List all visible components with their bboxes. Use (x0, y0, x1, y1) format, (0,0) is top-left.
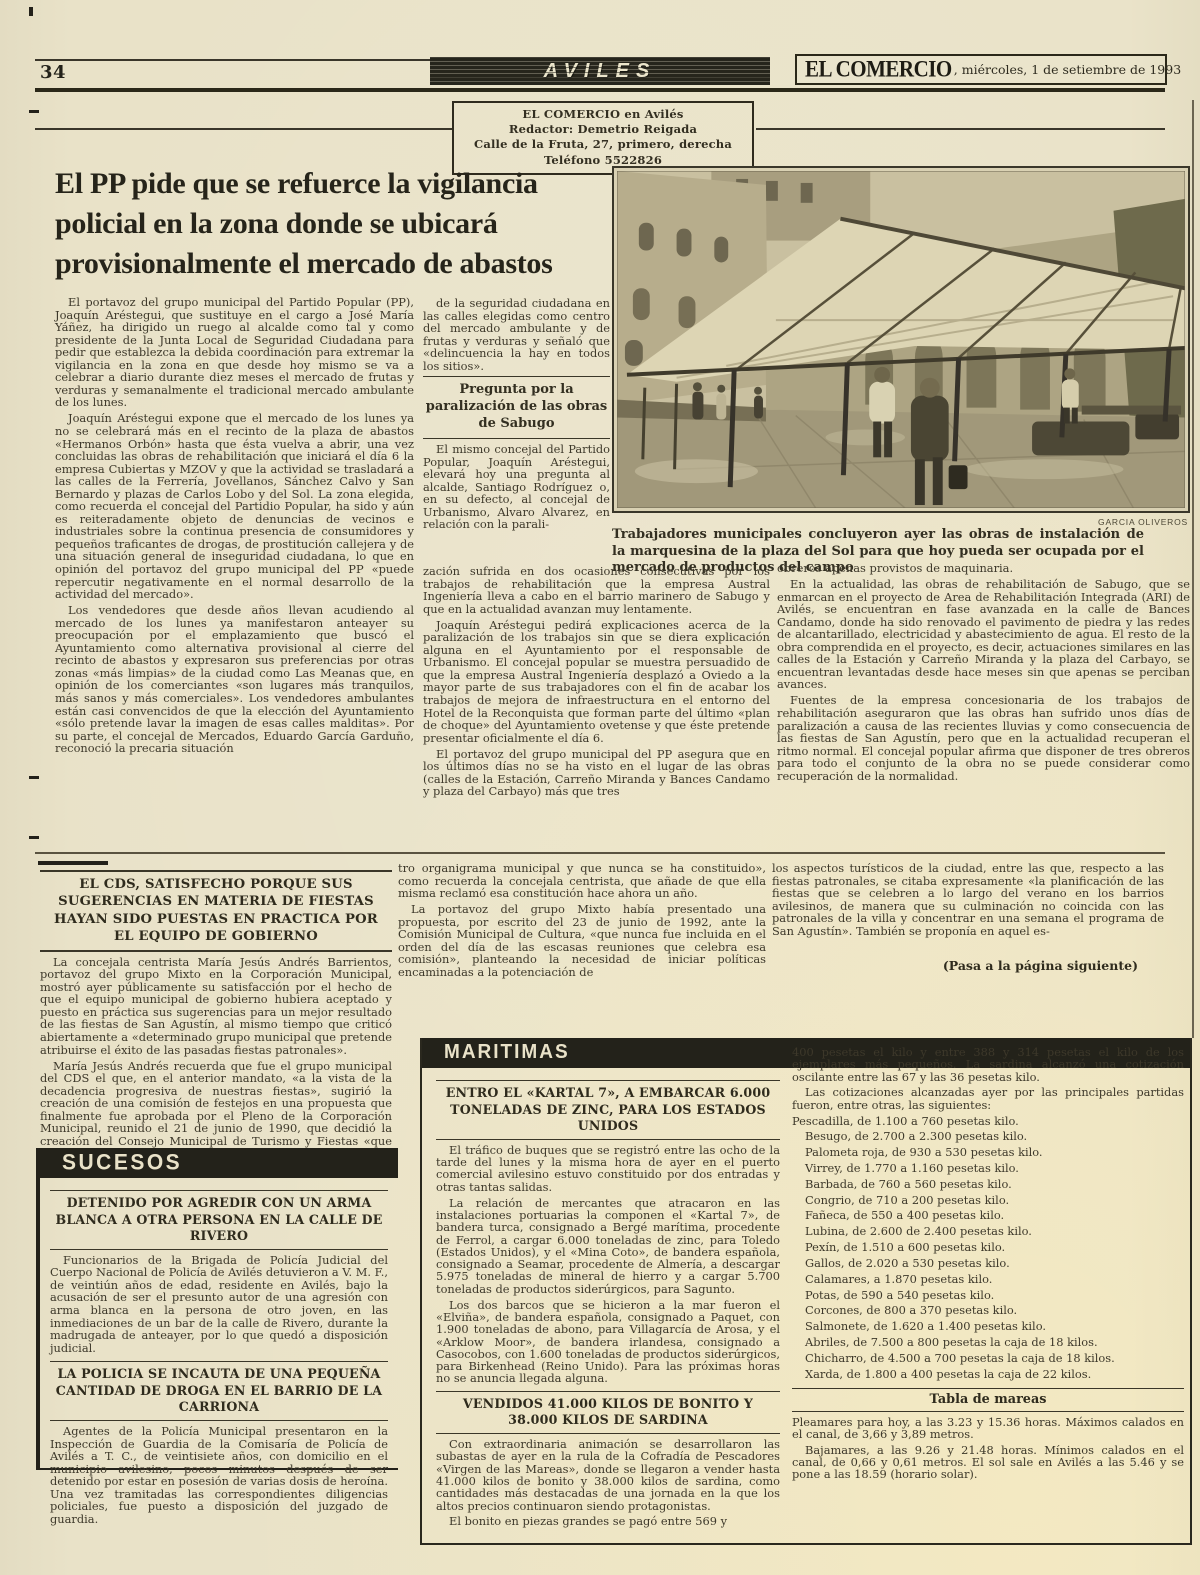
price-line: Chicharro, de 4.500 a 700 pesetas la caj… (792, 1352, 1184, 1364)
maritimas-headline-1: ENTRO EL «KARTAL 7», A EMBARCAR 6.000 TO… (438, 1085, 778, 1135)
headline-rule (50, 1249, 388, 1250)
headline-rule (50, 1420, 388, 1421)
paragraph: Bajamares, a las 9.26 y 21.48 horas. Mín… (792, 1444, 1184, 1481)
paragraph: zación sufrida en dos ocasiones consecut… (423, 565, 770, 615)
news-photo (612, 166, 1190, 513)
page-number: 34 (40, 62, 66, 83)
paragraph: obreros apenas provistos de maquinaria. (777, 562, 1190, 575)
main-headline: El PP pide que se refuerce la vigilancia… (55, 164, 615, 284)
tide-rule (792, 1411, 1184, 1412)
paragraph: El portavoz del grupo municipal del PP a… (423, 748, 770, 798)
main-article-column-3: obreros apenas provistos de maquinaria.E… (777, 562, 1190, 786)
paragraph: los aspectos turísticos de la ciudad, en… (772, 862, 1164, 937)
paragraph: Funcionarios de la Brigada de Policía Ju… (50, 1254, 388, 1354)
main-article-column-1: El portavoz del grupo municipal del Part… (55, 296, 414, 758)
section-separator-rule (35, 852, 1165, 854)
price-line: Calamares, a 1.870 pesetas kilo. (792, 1273, 1184, 1285)
sucesos-article-1: Funcionarios de la Brigada de Policía Ju… (50, 1254, 388, 1354)
cds-article-column-1: EL CDS, SATISFECHO PORQUE SUS SUGERENCIA… (40, 866, 392, 1163)
article-subhead: Pregunta por la paralización de las obra… (423, 382, 610, 433)
sucesos-headline-2: LA POLICIA SE INCAUTA DE UNA PEQUEÑA CAN… (52, 1366, 386, 1416)
paragraph: La concejala centrista María Jesús André… (40, 956, 392, 1056)
price-line: Fañeca, de 550 a 400 pesetas kilo. (792, 1209, 1184, 1221)
main-article-column-2-continued: zación sufrida en dos ocasiones consecut… (423, 565, 770, 801)
paragraph: El mismo concejal del Partido Popular, J… (423, 443, 610, 531)
fish-market-report: 400 pesetas el kilo y entre 388 y 314 pe… (792, 1046, 1184, 1111)
price-line: Gallos, de 2.020 a 530 pesetas kilo. (792, 1257, 1184, 1269)
price-line: Corcones, de 800 a 370 pesetas kilo. (792, 1304, 1184, 1316)
heavy-rule (35, 88, 1165, 92)
paragraph: La portavoz del grupo Mixto había presen… (398, 903, 766, 978)
newspaper-page: 34 AVILES EL COMERCIO , miércoles, 1 de … (0, 0, 1200, 1575)
sucesos-title: SUCESOS (40, 1150, 182, 1175)
photo-marquee-illustration (617, 171, 1185, 508)
maritimas-column-left: ENTRO EL «KARTAL 7», A EMBARCAR 6.000 TO… (436, 1076, 780, 1531)
bureau-line: EL COMERCIO en Avilés (458, 107, 748, 122)
price-line: Congrio, de 710 a 200 pesetas kilo. (792, 1194, 1184, 1206)
cds-article-column-2: tro organigrama municipal y que nunca se… (398, 862, 766, 982)
tide-table-title: Tabla de mareas (792, 1393, 1184, 1407)
maritimas-article-1: El tráfico de buques que se registró ent… (436, 1144, 780, 1385)
headline-rule (40, 870, 392, 872)
price-line: Xarda, de 1.800 a 400 pesetas la caja de… (792, 1368, 1184, 1380)
price-line: Pescadilla, de 1.100 a 760 pesetas kilo. (792, 1115, 1184, 1127)
headline-rule (436, 1433, 780, 1434)
bureau-line: Redactor: Demetrio Reigada (458, 122, 748, 137)
cds-headline: EL CDS, SATISFECHO PORQUE SUS SUGERENCIA… (46, 876, 386, 946)
paragraph: Fuentes de la empresa concesionaria de l… (777, 694, 1190, 782)
paragraph: María Jesús Andrés recuerda que fue el g… (40, 1060, 392, 1160)
crop-mark (29, 7, 33, 16)
maritimas-title: MARITIMAS (422, 1041, 570, 1064)
fish-price-list: Pescadilla, de 1.100 a 760 pesetas kilo.… (792, 1115, 1184, 1380)
price-line: Barbada, de 760 a 560 pesetas kilo. (792, 1178, 1184, 1190)
sucesos-section: SUCESOS DETENIDO POR AGREDIR CON UN ARMA… (36, 1148, 398, 1470)
headline-rule (436, 1080, 780, 1081)
paragraph: La relación de mercantes que atracaron e… (436, 1197, 780, 1296)
tide-rule (792, 1388, 1184, 1389)
crop-mark (29, 110, 39, 113)
sucesos-body: DETENIDO POR AGREDIR CON UN ARMA BLANCA … (40, 1178, 398, 1525)
crop-mark (29, 776, 39, 779)
maritimas-headline-2: VENDIDOS 41.000 KILOS DE BONITO Y 38.000… (438, 1396, 778, 1429)
masthead-box: EL COMERCIO , miércoles, 1 de setiembre … (795, 54, 1167, 85)
headline-rule (436, 1391, 780, 1392)
paragraph: Pleamares para hoy, a las 3.23 y 15.36 h… (792, 1416, 1184, 1441)
masthead: EL COMERCIO (805, 56, 952, 83)
paragraph: Las cotizaciones alcanzadas ayer por las… (792, 1086, 1184, 1111)
cds-body-3: los aspectos turísticos de la ciudad, en… (772, 862, 1164, 937)
paragraph: El portavoz del grupo municipal del Part… (55, 296, 414, 409)
paragraph: Agentes de la Policía Municipal presenta… (50, 1425, 388, 1525)
headline-rule (50, 1190, 388, 1191)
price-line: Palometa roja, de 930 a 530 pesetas kilo… (792, 1146, 1184, 1158)
paragraph: Joaquín Aréstegui pedirá explicaciones a… (423, 619, 770, 744)
cds-article-column-3: los aspectos turísticos de la ciudad, en… (772, 862, 1164, 973)
paragraph: 400 pesetas el kilo y entre 388 y 314 pe… (792, 1046, 1184, 1083)
section-banner-label: AVILES (544, 60, 657, 83)
tide-table-body: Pleamares para hoy, a las 3.23 y 15.36 h… (792, 1416, 1184, 1481)
subhead-rule (423, 376, 610, 377)
price-line: Potas, de 590 a 540 pesetas kilo. (792, 1289, 1184, 1301)
paragraph: tro organigrama municipal y que nunca se… (398, 862, 766, 900)
section-banner: AVILES (430, 57, 770, 85)
main-article-column-2: de la seguridad ciudadana en las calles … (423, 297, 610, 534)
price-line: Besugo, de 2.700 a 2.300 pesetas kilo. (792, 1130, 1184, 1142)
paragraph: Joaquín Aréstegui expone que el mercado … (55, 412, 414, 600)
bureau-box-rule-left (35, 128, 452, 130)
price-line: Virrey, de 1.770 a 1.160 pesetas kilo. (792, 1162, 1184, 1174)
bureau-line: Calle de la Fruta, 27, primero, derecha (458, 137, 748, 152)
sucesos-headline-1: DETENIDO POR AGREDIR CON UN ARMA BLANCA … (52, 1195, 386, 1245)
maritimas-article-2: Con extraordinaria animación se desarrol… (436, 1438, 780, 1528)
subhead-rule (423, 438, 610, 439)
headline-rule (50, 1361, 388, 1362)
crop-mark (29, 836, 39, 839)
paragraph: Los dos barcos que se hicieron a la mar … (436, 1299, 780, 1385)
sucesos-bar: SUCESOS (40, 1148, 398, 1178)
paragraph: El bonito en piezas grandes se pagó entr… (436, 1515, 780, 1527)
paragraph: Con extraordinaria animación se desarrol… (436, 1438, 780, 1512)
paragraph: Los vendedores que desde años llevan acu… (55, 604, 414, 755)
continuation-note: (Pasa a la página siguiente) (772, 959, 1164, 973)
bureau-box-rule-right (756, 128, 1165, 130)
price-line: Abriles, de 7.500 a 800 pesetas la caja … (792, 1336, 1184, 1348)
paragraph: En la actualidad, las obras de rehabilit… (777, 578, 1190, 691)
cds-body-1: La concejala centrista María Jesús André… (40, 956, 392, 1160)
headline-rule (436, 1139, 780, 1140)
maritimas-column-right: 400 pesetas el kilo y entre 388 y 314 pe… (792, 1046, 1184, 1484)
price-line: Lubina, de 2.600 de 2.400 pesetas kilo. (792, 1225, 1184, 1237)
dateline: , miércoles, 1 de setiembre de 1993 (954, 62, 1181, 77)
paragraph: de la seguridad ciudadana en las calles … (423, 297, 610, 372)
price-line: Pexín, de 1.510 a 600 pesetas kilo. (792, 1241, 1184, 1253)
sucesos-article-2: Agentes de la Policía Municipal presenta… (50, 1425, 388, 1525)
registration-dash (38, 861, 108, 865)
headline-rule (40, 950, 392, 952)
page-edge-rule (1192, 100, 1194, 1038)
price-line: Salmonete, de 1.620 a 1.400 pesetas kilo… (792, 1320, 1184, 1332)
photo-credit: GARCIA OLIVEROS (612, 517, 1188, 527)
paragraph: El tráfico de buques que se registró ent… (436, 1144, 780, 1193)
